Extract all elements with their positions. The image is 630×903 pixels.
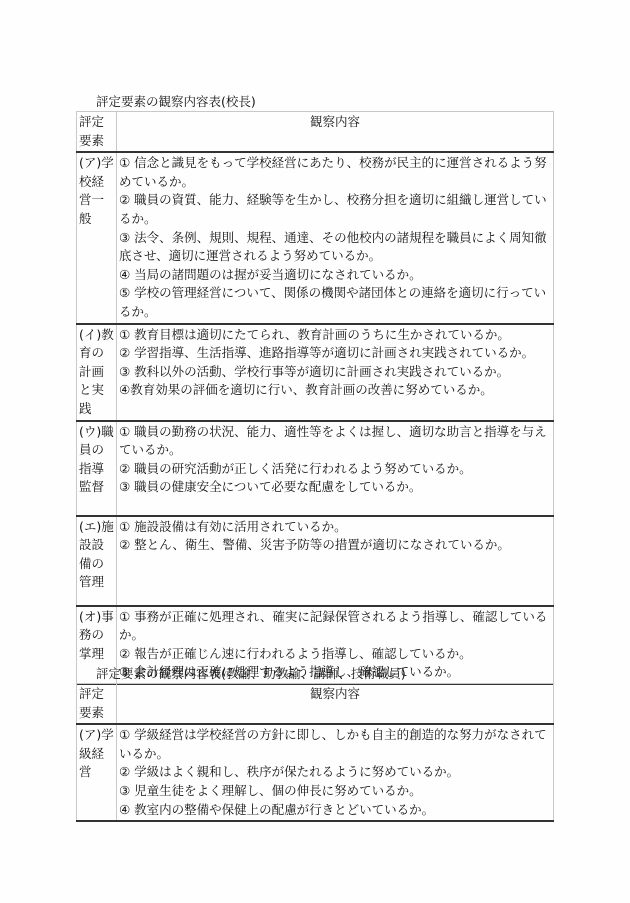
list-item: ① 信念と識見をもって学校経営にあたり、校務が民主的に運営されるよう努めているか…	[119, 154, 551, 191]
row-label: (ウ)職員の指導監督	[77, 421, 117, 516]
list-item: ③ 職員の健康安全について必要な配慮をしているか。	[119, 478, 551, 497]
list-item: ① 施設設備は有効に活用されているか。	[119, 518, 551, 537]
header-observation-content: 観察内容	[117, 112, 554, 153]
list-item: ② 整とん、衛生、警備、災害予防等の措置が適切になされているか。	[119, 536, 551, 555]
list-item: ④ 当局の諸問題のは握が妥当適切になされているか。	[119, 266, 551, 285]
row-label: (エ)施設設備の管理	[77, 516, 117, 606]
evaluation-table-principal: 評定要素 観察内容 (ア)学校経営一般 ① 信念と識見をもって学校経営にあたり、…	[76, 111, 554, 685]
list-item: ③ 児童生徒をよく理解し、個の伸長に努めているか。	[119, 782, 551, 801]
header-evaluation-element: 評定要素	[77, 112, 117, 153]
list-item: ② 学習指導、生活指導、進路指導等が適切に計画され実践されているか。	[119, 344, 551, 363]
list-item: ① 教育目標は適切にたてられ、教育計画のうちに生かされているか。	[119, 326, 551, 345]
list-item: ③ 法令、条例、規則、規程、通達、その他校内の諸規程を職員によく周知徹底させ、適…	[119, 229, 551, 266]
list-item: ② 職員の資質、能力、経験等を生かし、校務分担を適切に組織し運営しているか。	[119, 191, 551, 228]
list-item: ② 学級はよく親和し、秩序が保たれるように努めているか。	[119, 763, 551, 782]
row-label: (ア)学級経営	[77, 724, 117, 821]
list-item: ① 事務が正確に処理され、確実に記録保管されるよう指導し、確認しているか。	[119, 608, 551, 645]
list-item: ② 報告が正確じん速に行われるよう指導し、確認しているか。	[119, 645, 551, 664]
table-title-principal: 評定要素の観察内容表(校長)	[96, 94, 256, 110]
row-content: ① 施設設備は有効に活用されているか。 ② 整とん、衛生、警備、災害予防等の措置…	[117, 516, 554, 606]
list-item: ② 職員の研究活動が正しく活発に行われるよう努めているか。	[119, 460, 551, 479]
row-label: (イ)教育の計画と実践	[77, 324, 117, 421]
row-content: ① 信念と識見をもって学校経営にあたり、校務が民主的に運営されるよう努めているか…	[117, 152, 554, 323]
table-row: (ウ)職員の指導監督 ① 職員の勤務の状況、能力、適性等をよくは握し、適切な助言…	[77, 421, 554, 516]
list-item: ④教育効果の評価を適切に行い、教育計画の改善に努めているか。	[119, 381, 551, 400]
table-header-row: 評定要素 観察内容	[77, 684, 554, 725]
table-row: (ア)学級経営 ① 学級経営は学校経営の方針に即し、しかも自主的創造的な努力がな…	[77, 724, 554, 821]
table-row: (イ)教育の計画と実践 ① 教育目標は適切にたてられ、教育計画のうちに生かされて…	[77, 324, 554, 421]
list-item: ③ 教科以外の活動、学校行事等が適切に計画され実践されているか。	[119, 363, 551, 382]
table-row: (エ)施設設備の管理 ① 施設設備は有効に活用されているか。 ② 整とん、衛生、…	[77, 516, 554, 606]
row-label: (ア)学校経営一般	[77, 152, 117, 323]
row-content: ① 教育目標は適切にたてられ、教育計画のうちに生かされているか。 ② 学習指導、…	[117, 324, 554, 421]
header-observation-content: 観察内容	[117, 684, 554, 725]
row-content: ① 学級経営は学校経営の方針に即し、しかも自主的創造的な努力がなされているか。 …	[117, 724, 554, 821]
list-item: ① 職員の勤務の状況、能力、適性等をよくは握し、適切な助言と指導を与えているか。	[119, 423, 551, 460]
list-item: ④ 教室内の整備や保健上の配慮が行きとどいているか。	[119, 801, 551, 820]
table-title-teachers: 評定要素の観察内容表(教諭、助教諭、講師、技術職員)	[96, 666, 406, 682]
list-item: ⑤ 学校の管理経営について、関係の機関や諸団体との連絡を適切に行っているか。	[119, 284, 551, 321]
table-row: (ア)学校経営一般 ① 信念と識見をもって学校経営にあたり、校務が民主的に運営さ…	[77, 152, 554, 323]
table-header-row: 評定要素 観察内容	[77, 112, 554, 153]
evaluation-table-teachers: 評定要素 観察内容 (ア)学級経営 ① 学級経営は学校経営の方針に即し、しかも自…	[76, 683, 554, 822]
list-item: ① 学級経営は学校経営の方針に即し、しかも自主的創造的な努力がなされているか。	[119, 726, 551, 763]
header-evaluation-element: 評定要素	[77, 684, 117, 725]
row-content: ① 職員の勤務の状況、能力、適性等をよくは握し、適切な助言と指導を与えているか。…	[117, 421, 554, 516]
